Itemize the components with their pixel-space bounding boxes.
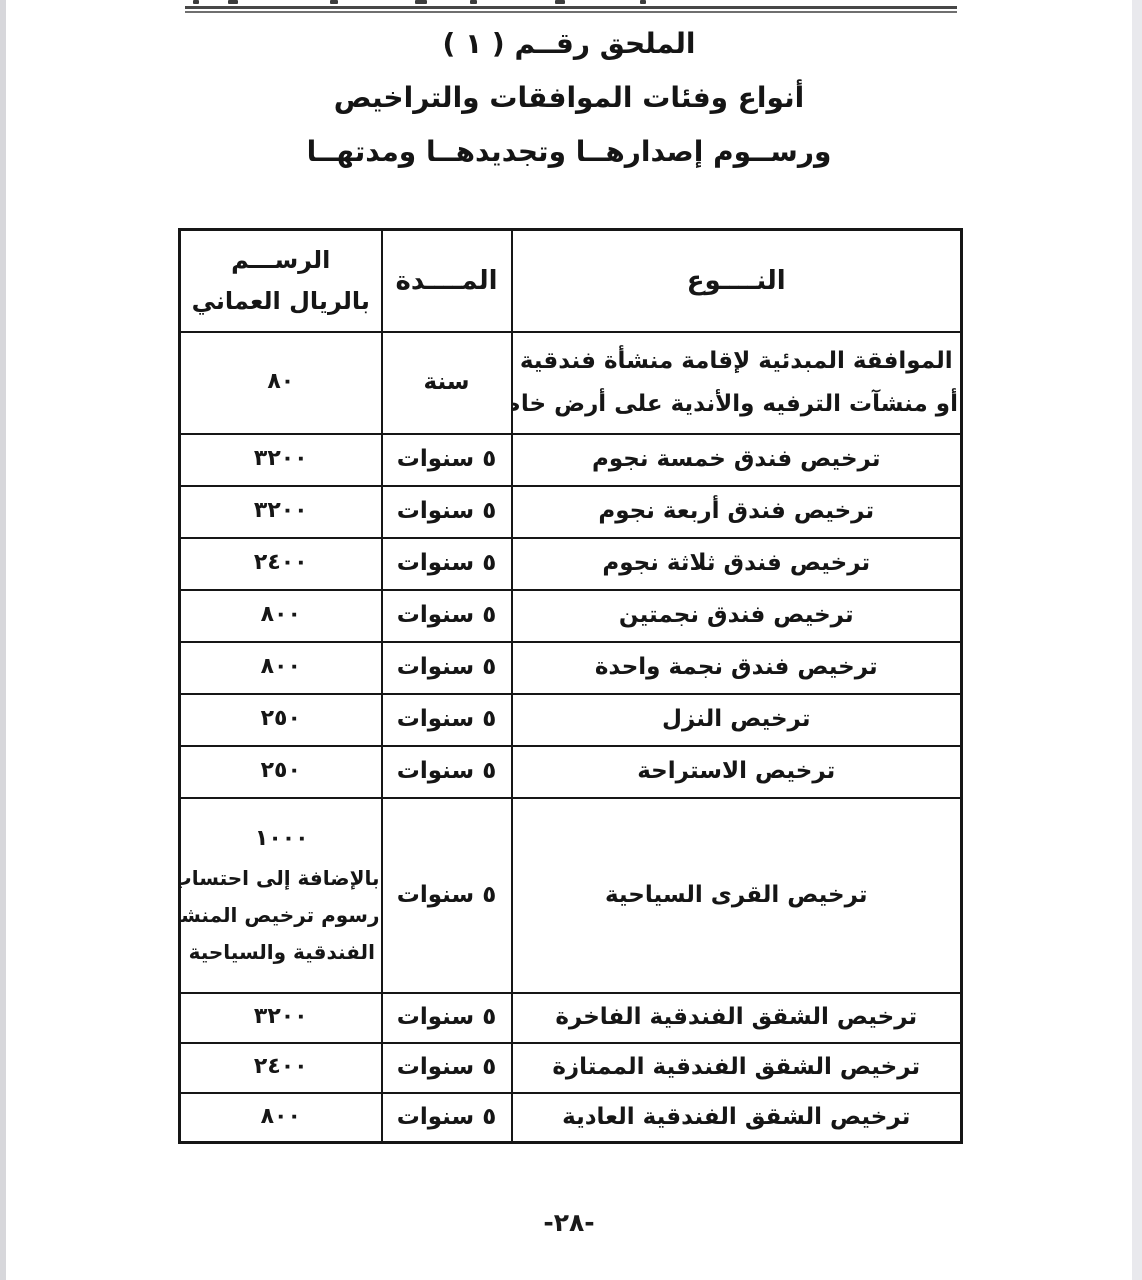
table-row: الموافقة المبدئية لإقامة منشأة فندقيةأو …	[180, 332, 962, 434]
header-divider-line	[185, 6, 957, 9]
fee-cell: ٨٠٠	[180, 590, 382, 642]
duration-cell-text: سنة	[385, 361, 509, 404]
header-row: النــــوع المــــدة الرســـم بالريال الع…	[180, 230, 962, 332]
fee-cell: ٣٢٠٠	[180, 486, 382, 538]
duration-cell: ٥ سنوات	[382, 590, 512, 642]
type-cell: ترخيص الشقق الفندقية الممتازة	[512, 1043, 962, 1093]
duration-cell-text: ٥ سنوات	[385, 542, 509, 585]
fee-cell: ٣٢٠٠	[180, 993, 382, 1043]
type-cell: ترخيص فندق نجمة واحدة	[512, 642, 962, 694]
type-cell-text: ترخيص فندق خمسة نجوم	[515, 438, 959, 481]
duration-cell: ٥ سنوات	[382, 1093, 512, 1143]
fee-header-label-line1: الرســـم	[183, 240, 379, 281]
duration-cell-text: ٥ سنوات	[385, 1096, 509, 1139]
fee-cell-text: ٨٠	[183, 362, 379, 403]
duration-column-header: المــــدة	[382, 230, 512, 332]
duration-cell: ٥ سنوات	[382, 642, 512, 694]
type-cell-text: ترخيص الشقق الفندقية الفاخرة	[515, 996, 959, 1039]
type-cell: ترخيص فندق أربعة نجوم	[512, 486, 962, 538]
fees-table-body: الموافقة المبدئية لإقامة منشأة فندقيةأو …	[180, 332, 962, 1143]
scanned-document-page: الملحق رقــم ( ١ ) أنواع وفئات الموافقات…	[0, 0, 1142, 1280]
table-row: ترخيص النزل٥ سنوات٢٥٠	[180, 694, 962, 746]
duration-cell: ٥ سنوات	[382, 993, 512, 1043]
type-cell-text: ترخيص فندق أربعة نجوم	[515, 490, 959, 533]
fee-cell-text: الفندقية والسياحية	[184, 934, 380, 971]
type-cell: ترخيص فندق ثلاثة نجوم	[512, 538, 962, 590]
duration-cell-text: ٥ سنوات	[385, 490, 509, 533]
viewer-right-edge	[1132, 0, 1142, 1280]
type-header-label: النــــوع	[515, 259, 959, 303]
type-cell-text: الموافقة المبدئية لإقامة منشأة فندقية	[515, 340, 959, 383]
duration-cell: ٥ سنوات	[382, 486, 512, 538]
fees-table: النــــوع المــــدة الرســـم بالريال الع…	[178, 228, 963, 1144]
fee-cell: ٢٤٠٠	[180, 538, 382, 590]
duration-cell-text: ٥ سنوات	[385, 438, 509, 481]
type-cell-text: ترخيص القرى السياحية	[515, 874, 959, 917]
type-cell-text: ترخيص فندق نجمتين	[515, 594, 959, 637]
duration-cell-text: ٥ سنوات	[385, 698, 509, 741]
fee-cell-text: رسوم ترخيص المنشأة	[184, 897, 380, 934]
duration-cell-text: ٥ سنوات	[385, 874, 509, 917]
fee-cell-text: ٣٢٠٠	[183, 439, 379, 480]
fee-cell: ٣٢٠٠	[180, 434, 382, 486]
type-cell-text: ترخيص فندق ثلاثة نجوم	[515, 542, 959, 585]
page-number: -٢٨-	[6, 1208, 1132, 1237]
fee-cell-text: ٢٤٠٠	[183, 1047, 379, 1088]
table-row: ترخيص فندق نجمة واحدة٥ سنوات٨٠٠	[180, 642, 962, 694]
duration-cell: ٥ سنوات	[382, 746, 512, 798]
duration-cell: سنة	[382, 332, 512, 434]
table-row: ترخيص الاستراحة٥ سنوات٢٥٠	[180, 746, 962, 798]
duration-cell-text: ٥ سنوات	[385, 750, 509, 793]
fee-cell-text: ٢٥٠	[183, 699, 379, 740]
type-column-header: النــــوع	[512, 230, 962, 332]
type-cell: ترخيص النزل	[512, 694, 962, 746]
fee-cell-text: بالإضافة إلى احتساب	[184, 860, 380, 897]
fee-cell: ٨٠	[180, 332, 382, 434]
viewer-left-edge	[0, 0, 6, 1280]
type-cell-text: ترخيص فندق نجمة واحدة	[515, 646, 959, 689]
table-row: ترخيص الشقق الفندقية العادية٥ سنوات٨٠٠	[180, 1093, 962, 1143]
duration-cell-text: ٥ سنوات	[385, 646, 509, 689]
duration-cell: ٥ سنوات	[382, 694, 512, 746]
table-row: ترخيص فندق خمسة نجوم٥ سنوات٣٢٠٠	[180, 434, 962, 486]
fees-table-header: النــــوع المــــدة الرســـم بالريال الع…	[180, 230, 962, 332]
fee-cell: ١٠٠٠بالإضافة إلى احتسابرسوم ترخيص المنشأ…	[180, 798, 382, 993]
fee-cell-text: ٢٤٠٠	[183, 543, 379, 584]
fee-cell: ٢٤٠٠	[180, 1043, 382, 1093]
duration-cell: ٥ سنوات	[382, 798, 512, 993]
fee-cell-text: ١٠٠٠	[184, 819, 380, 860]
type-cell: ترخيص القرى السياحية	[512, 798, 962, 993]
fee-column-header: الرســـم بالريال العماني	[180, 230, 382, 332]
table-row: ترخيص الشقق الفندقية الفاخرة٥ سنوات٣٢٠٠	[180, 993, 962, 1043]
duration-cell: ٥ سنوات	[382, 434, 512, 486]
duration-header-label: المــــدة	[385, 259, 509, 303]
table-row: ترخيص فندق ثلاثة نجوم٥ سنوات٢٤٠٠	[180, 538, 962, 590]
duration-cell-text: ٥ سنوات	[385, 1046, 509, 1089]
table-row: ترخيص القرى السياحية٥ سنوات١٠٠٠بالإضافة …	[180, 798, 962, 993]
fee-header-label-line2: بالريال العماني	[183, 281, 379, 322]
fee-cell-text: ٢٥٠	[183, 751, 379, 792]
appendix-number-title: الملحق رقــم ( ١ )	[6, 24, 1132, 64]
fee-cell: ٢٥٠	[180, 746, 382, 798]
type-cell-text: ترخيص الاستراحة	[515, 750, 959, 793]
type-cell: ترخيص الشقق الفندقية الفاخرة	[512, 993, 962, 1043]
type-cell-text: ترخيص الشقق الفندقية العادية	[515, 1096, 959, 1139]
table-row: ترخيص الشقق الفندقية الممتازة٥ سنوات٢٤٠٠	[180, 1043, 962, 1093]
fee-cell: ٨٠٠	[180, 642, 382, 694]
type-cell: ترخيص الاستراحة	[512, 746, 962, 798]
duration-cell: ٥ سنوات	[382, 538, 512, 590]
type-cell: ترخيص فندق نجمتين	[512, 590, 962, 642]
type-cell: ترخيص الشقق الفندقية العادية	[512, 1093, 962, 1143]
fee-cell-text: ٣٢٠٠	[183, 491, 379, 532]
duration-cell-text: ٥ سنوات	[385, 594, 509, 637]
fee-cell-text: ٣٢٠٠	[183, 997, 379, 1038]
table-row: ترخيص فندق أربعة نجوم٥ سنوات٣٢٠٠	[180, 486, 962, 538]
fee-cell-text: ٨٠٠	[183, 1097, 379, 1138]
type-cell: ترخيص فندق خمسة نجوم	[512, 434, 962, 486]
type-cell-text: ترخيص الشقق الفندقية الممتازة	[515, 1046, 959, 1089]
fee-cell: ٢٥٠	[180, 694, 382, 746]
fee-cell: ٨٠٠	[180, 1093, 382, 1143]
type-cell: الموافقة المبدئية لإقامة منشأة فندقيةأو …	[512, 332, 962, 434]
type-cell-text: أو منشآت الترفيه والأندية على أرض خاصة	[515, 383, 959, 426]
document-subtitle-fees: ورســوم إصدارهــا وتجديدهــا ومدتهــا	[6, 132, 1132, 172]
fee-cell-text: ٨٠٠	[183, 647, 379, 688]
duration-cell-text: ٥ سنوات	[385, 996, 509, 1039]
type-cell-text: ترخيص النزل	[515, 698, 959, 741]
document-subtitle-types: أنواع وفئات الموافقات والتراخيص	[6, 78, 1132, 118]
fee-cell-text: ٨٠٠	[183, 595, 379, 636]
duration-cell: ٥ سنوات	[382, 1043, 512, 1093]
table-row: ترخيص فندق نجمتين٥ سنوات٨٠٠	[180, 590, 962, 642]
